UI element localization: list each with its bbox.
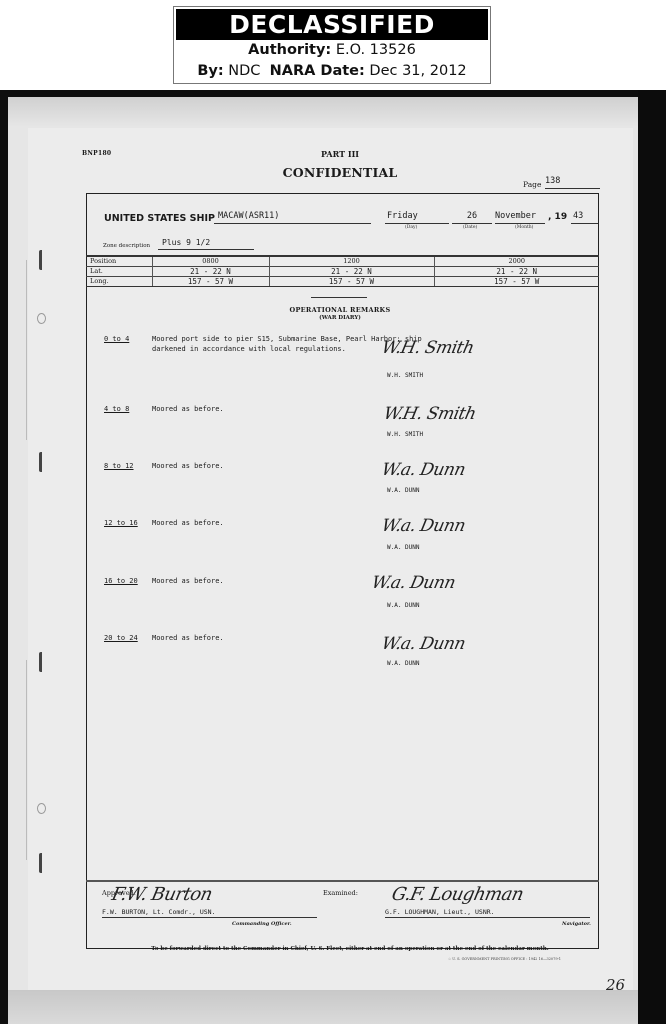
watch-text: Moored as before. [152,577,224,587]
declassified-stamp: DECLASSIFIED Authority: E.O. 13526 By: N… [173,6,491,84]
officer-name: W.A. DUNN [387,660,420,667]
table-cell: 21 - 22 N [269,267,434,277]
table-header-cell: 0800 [152,256,269,267]
watch-period: 0 to 4 [104,335,129,345]
year-field: 43 [571,211,598,224]
table-header-cell: Position [86,256,152,267]
row-label: Long. [86,277,152,287]
month-caption: (Month) [515,225,533,230]
forwarding-instruction: To be forwarded direct to the Commander … [100,946,600,952]
officer-name: W.A. DUNN [387,544,420,551]
stamp-by-date: By: NDC NARA Date: Dec 31, 2012 [174,61,490,82]
watch-period: 8 to 12 [104,462,134,472]
punch-hole-icon [37,803,46,814]
page-label: Page [523,180,541,189]
officer-name: W.A. DUNN [387,602,420,609]
watch-period: 20 to 24 [104,634,138,644]
stamp-authority: Authority: E.O. 13526 [174,40,490,61]
table-row: Long. 157 - 57 W 157 - 57 W 157 - 57 W [86,277,599,287]
examined-label: Examined: [323,889,358,897]
row-label: Lat. [86,267,152,277]
zone-label: Zone description [103,243,150,249]
signature: W.H. Smith [382,404,478,424]
navigator-name: G.F. LOUGHMAN, Lieut., USNR. [385,908,590,918]
binder-clip-icon [39,452,47,472]
signature: W.H. Smith [380,338,476,358]
binder-edge-line [26,260,27,440]
binder-clip-icon [39,853,47,873]
commanding-officer-role: Commanding Officer. [232,921,292,927]
table-header-row: Position 0800 1200 2000 [86,256,599,267]
binder-clip-icon [39,250,47,270]
year-prefix: , 19 [548,212,567,222]
table-cell: 157 - 57 W [269,277,434,287]
table-cell: 157 - 57 W [434,277,599,287]
page-number: 138 [545,176,600,189]
handwritten-number: 26 [606,976,625,994]
classification-heading: CONFIDENTIAL [250,165,430,180]
watch-text: Moored as before. [152,405,224,415]
commanding-officer-signature: F.W. Burton [110,884,214,905]
scan-right-edge [638,90,666,1024]
signature: W.a. Dunn [380,516,467,536]
officer-name: W.A. DUNN [387,487,420,494]
remarks-subtitle: (WAR DIARY) [250,315,430,321]
table-header-cell: 1200 [269,256,434,267]
watch-period: 4 to 8 [104,405,129,415]
watch-period: 12 to 16 [104,519,138,529]
binder-edge-line [26,660,27,860]
table-row: Lat. 21 - 22 N 21 - 22 N 21 - 22 N [86,267,599,277]
month-field: November [495,211,545,224]
paper-shadow [8,97,638,127]
watch-text: Moored as before. [152,634,224,644]
ship-name: MACAW(ASR11) [214,211,371,224]
table-cell: 157 - 57 W [152,277,269,287]
signature: W.a. Dunn [380,634,467,654]
scan-bottom-edge [8,990,638,1024]
signature: W.a. Dunn [380,460,467,480]
officer-name: W.H. SMITH [387,431,423,438]
punch-hole-icon [37,313,46,324]
officer-name: W.H. SMITH [387,372,423,379]
date-field: 26 [452,211,492,224]
table-cell: 21 - 22 N [152,267,269,277]
day-field: Friday [385,211,449,224]
signature: W.a. Dunn [370,573,457,593]
navigator-role: Navigator. [562,921,591,927]
zone-value: Plus 9 1/2 [158,238,254,250]
table-cell: 21 - 22 N [434,267,599,277]
navigator-signature: G.F. Loughman [390,884,525,905]
part-heading: PART III [300,149,380,159]
remarks-title: OPERATIONAL REMARKS [250,306,430,314]
date-caption: (Date) [463,225,477,230]
commanding-officer-name: F.W. BURTON, Lt. Comdr., USN. [102,908,317,918]
binder-clip-icon [39,652,47,672]
day-caption: (Day) [405,225,417,230]
form-code: BNP180 [82,150,111,157]
watch-period: 16 to 20 [104,577,138,587]
stamp-title: DECLASSIFIED [176,9,488,40]
divider [86,880,599,882]
printer-imprint: ☆ U. S. GOVERNMENT PRINTING OFFICE : 194… [448,957,561,961]
table-header-cell: 2000 [434,256,599,267]
watch-text: Moored as before. [152,519,224,529]
position-table: Position 0800 1200 2000 Lat. 21 - 22 N 2… [86,255,599,287]
watch-text: Moored as before. [152,462,224,472]
divider [311,297,367,298]
ship-label: UNITED STATES SHIP [104,213,215,224]
